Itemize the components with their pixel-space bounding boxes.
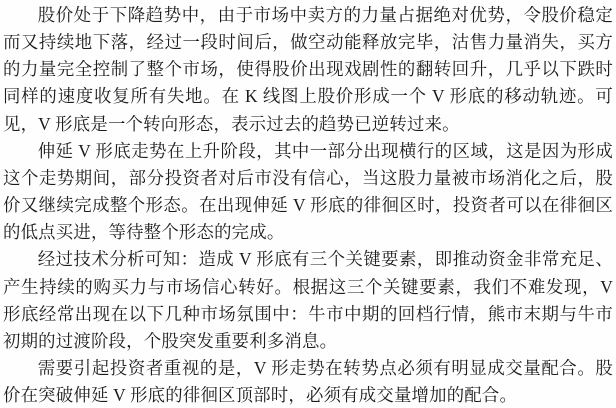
document-page: 股价处于下降趋势中，由于市场中卖方的力量占据绝对优势，令股价稳定而又持续地下落，… <box>0 0 616 408</box>
paragraph-4: 需要引起投资者重视的是，V 形走势在转势点必须有明显成交量配合。股价在突破伸延 … <box>3 355 613 408</box>
paragraph-1: 股价处于下降趋势中，由于市场中卖方的力量占据绝对优势，令股价稳定而又持续地下落，… <box>3 2 613 138</box>
paragraph-2: 伸延 V 形底走势在上升阶段，其中一部分出现横行的区域，这是因为形成这个走势期间… <box>3 138 613 247</box>
paragraph-3: 经过技术分析可知：造成 V 形底有三个关键要素，即推动资金非常充足、产生持续的购… <box>3 246 613 355</box>
